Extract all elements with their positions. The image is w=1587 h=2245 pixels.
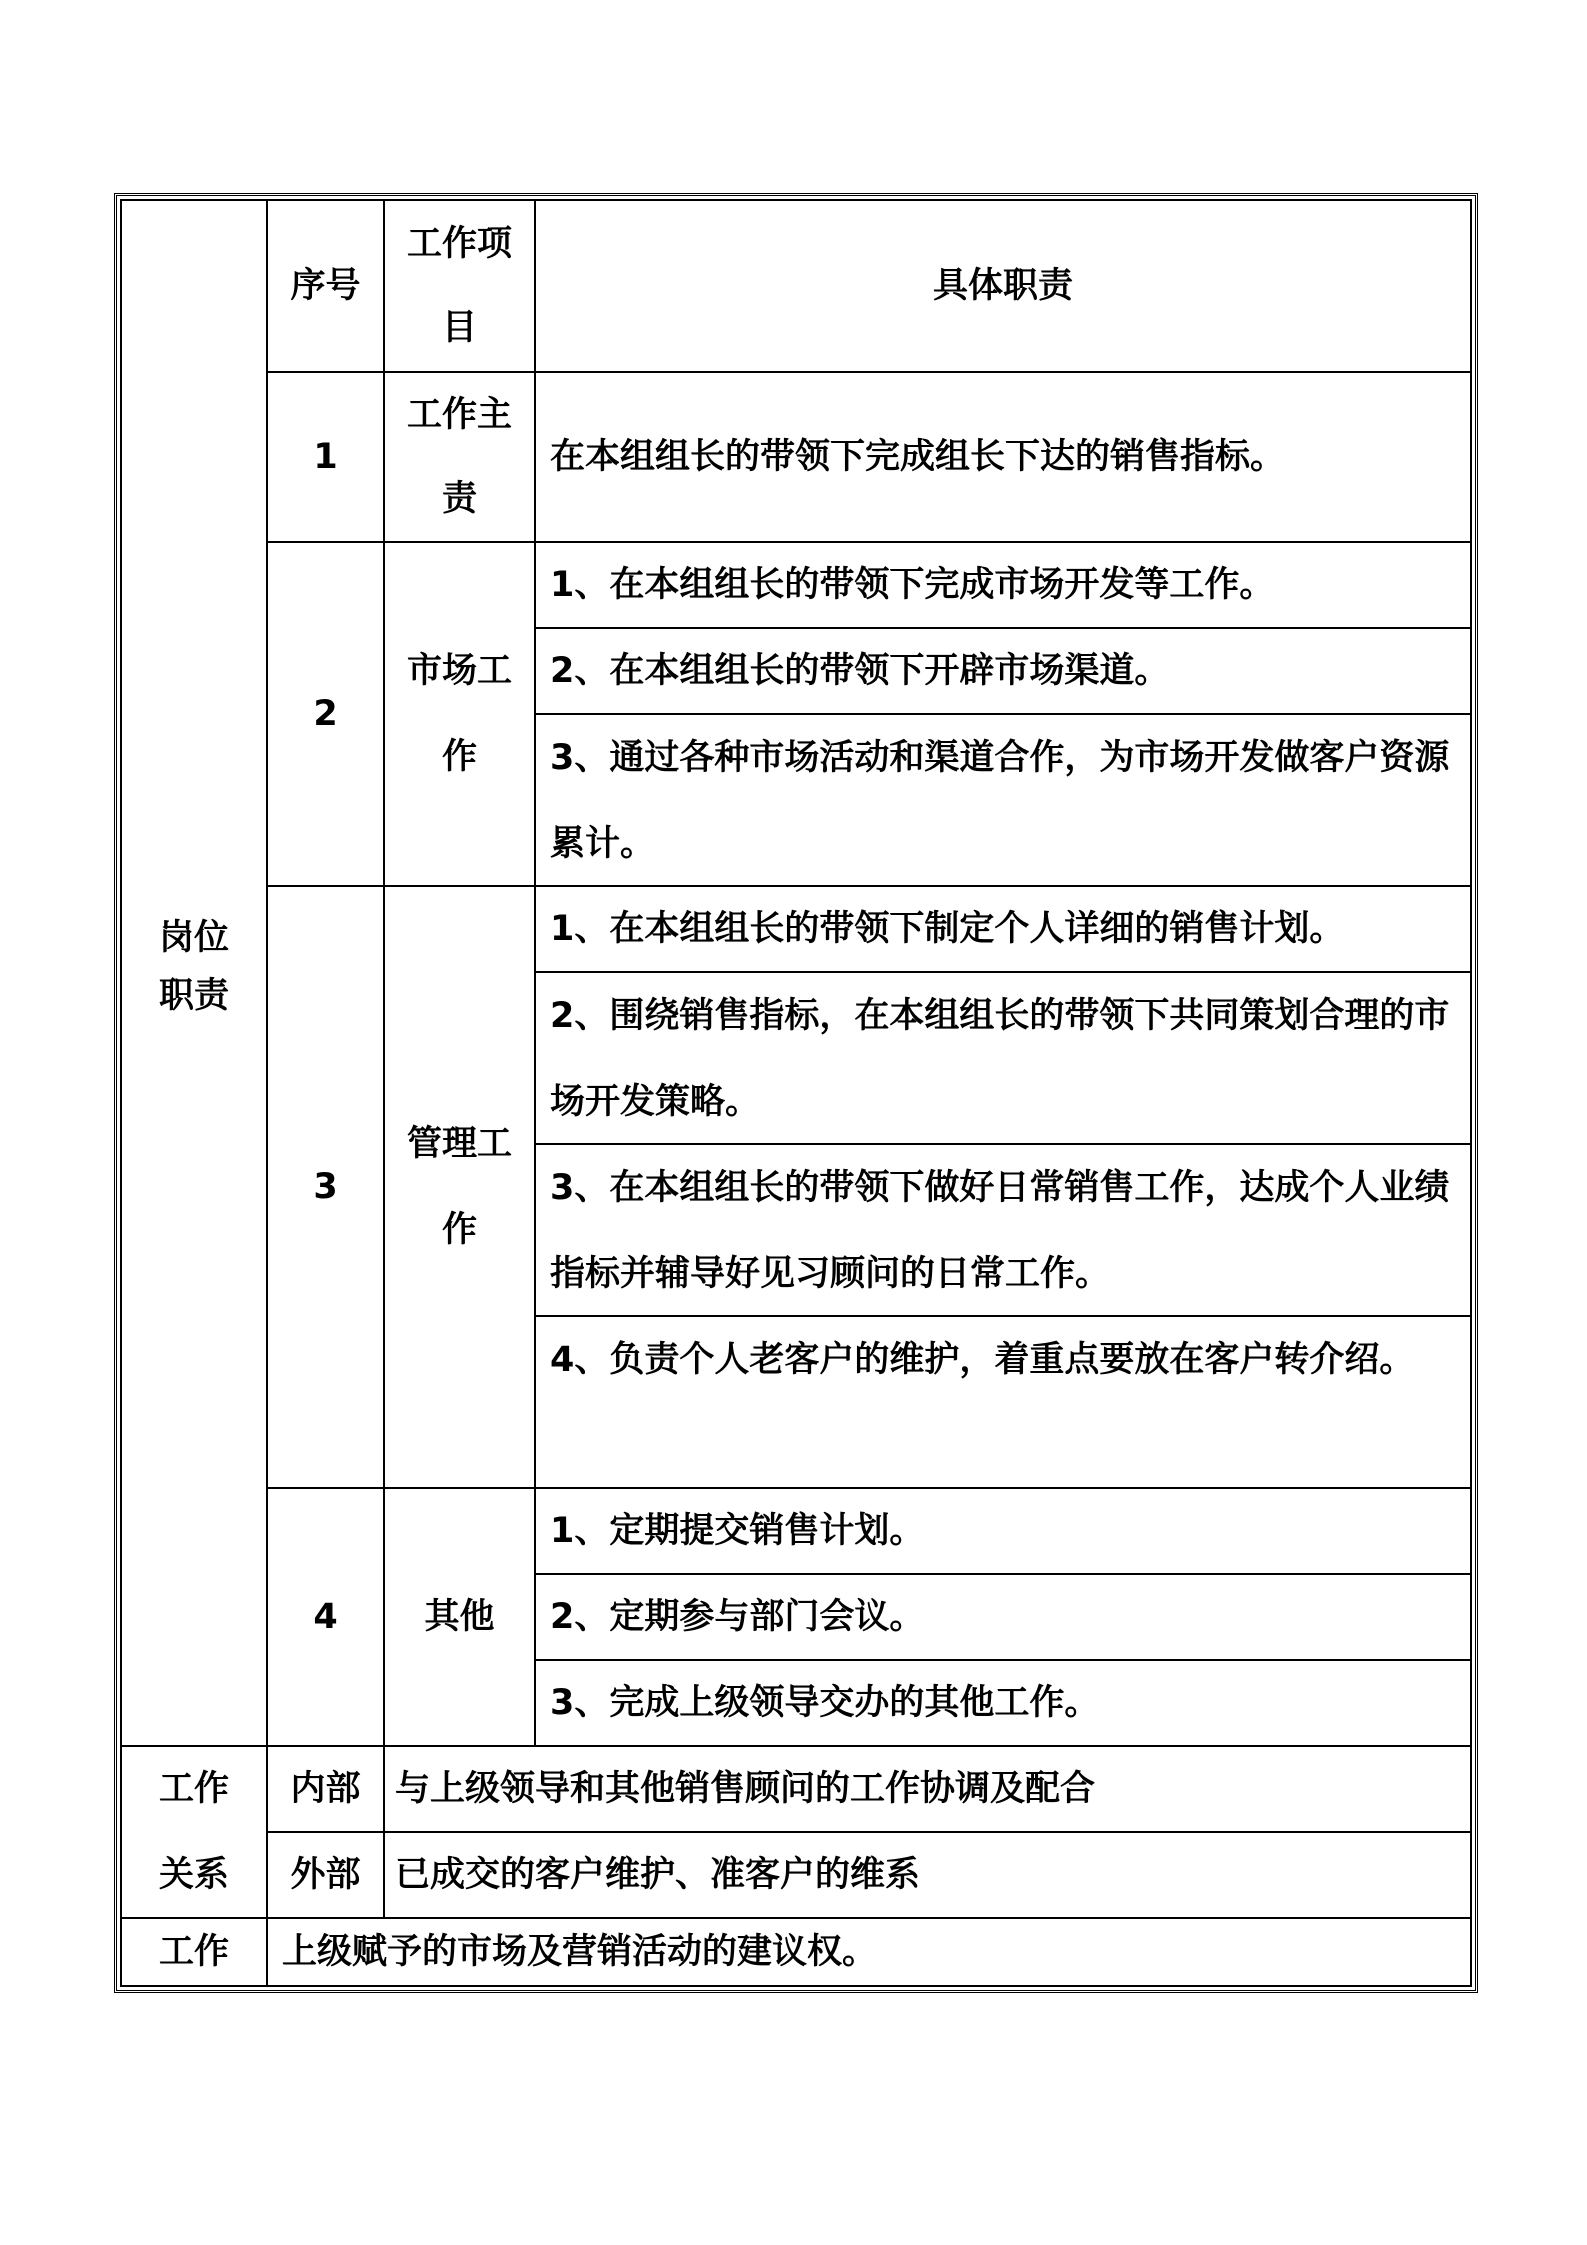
duty-text: 4、负责个人老客户的维护，着重点要放在客户转介绍。 [550, 1340, 1414, 1380]
duty-text: 3、通过各种市场活动和渠道合作，为市场开发做客户资源累计。 [550, 738, 1449, 864]
section-label-line: 岗位 [159, 909, 229, 967]
row-3-item: 管理工 作 [383, 885, 534, 1487]
relation-text-internal: 与上级领导和其他销售顾问的工作协调及配合 [383, 1745, 1470, 1831]
relation-type-internal: 内部 [266, 1745, 383, 1831]
relation-type-text: 内部 [290, 1746, 360, 1832]
duty-text: 3、完成上级领导交办的其他工作。 [550, 1660, 1099, 1746]
row-1-item: 工作主 责 [383, 371, 534, 541]
row-3-duty-4: 4、负责个人老客户的维护，着重点要放在客户转介绍。 [534, 1315, 1470, 1487]
row-no-text: 4 [313, 1574, 337, 1660]
section-label-relations: 工作 关系 [122, 1745, 266, 1917]
relation-text: 与上级领导和其他销售顾问的工作协调及配合 [395, 1746, 1095, 1832]
row-3-duty-3: 3、在本组组长的带领下做好日常销售工作，达成个人业绩指标并辅导好见习顾问的日常工… [534, 1143, 1470, 1315]
header-duties-text: 具体职责 [933, 243, 1073, 329]
duty-text: 2、围绕销售指标，在本组组长的带领下共同策划合理的市场开发策略。 [550, 996, 1449, 1122]
row-1-duty-1: 在本组组长的带领下完成组长下达的销售指标。 [534, 371, 1470, 541]
row-item-text: 作 [442, 1187, 477, 1273]
row-2-duty-1: 1、在本组组长的带领下完成市场开发等工作。 [534, 541, 1470, 627]
job-description-table: 岗位 职责 序号 工作项 目 具体职责 1 工作主 责 在本组组长的带领下完成组… [114, 193, 1478, 1993]
duty-text: 1、定期提交销售计划。 [550, 1488, 924, 1574]
duty-text: 2、定期参与部门会议。 [550, 1574, 924, 1660]
relation-text-external: 已成交的客户维护、准客户的维系 [383, 1831, 1470, 1917]
row-item-text: 作 [442, 714, 477, 800]
row-4-no: 4 [266, 1487, 383, 1745]
relation-type-text: 外部 [290, 1832, 360, 1918]
section-label-line: 关系 [159, 1832, 229, 1918]
header-item: 工作项 目 [383, 201, 534, 371]
row-3-duty-1: 1、在本组组长的带领下制定个人详细的销售计划。 [534, 885, 1470, 971]
duty-text: 1、在本组组长的带领下制定个人详细的销售计划。 [550, 886, 1344, 972]
section-label-duties: 岗位 职责 [122, 201, 266, 1732]
relation-text: 已成交的客户维护、准客户的维系 [395, 1832, 920, 1918]
duty-text: 1、在本组组长的带领下完成市场开发等工作。 [550, 542, 1274, 628]
row-item-text: 其他 [424, 1574, 494, 1660]
row-no-text: 3 [313, 1144, 337, 1230]
row-2-no: 2 [266, 541, 383, 885]
row-2-item: 市场工 作 [383, 541, 534, 885]
header-no: 序号 [266, 201, 383, 371]
row-3-duty-2: 2、围绕销售指标，在本组组长的带领下共同策划合理的市场开发策略。 [534, 971, 1470, 1143]
row-1-no: 1 [266, 371, 383, 541]
row-no-text: 2 [313, 671, 337, 757]
header-item-text: 工作项 [407, 202, 512, 286]
row-4-duty-1: 1、定期提交销售计划。 [534, 1487, 1470, 1573]
table-inner-frame: 岗位 职责 序号 工作项 目 具体职责 1 工作主 责 在本组组长的带领下完成组… [120, 199, 1472, 1987]
authority-text-cell: 上级赋予的市场及营销活动的建议权。 [266, 1917, 1470, 1985]
duty-text: 在本组组长的带领下完成组长下达的销售指标。 [550, 414, 1285, 500]
row-no-text: 1 [313, 414, 337, 500]
header-item-text: 目 [442, 286, 477, 370]
row-2-duty-3: 3、通过各种市场活动和渠道合作，为市场开发做客户资源累计。 [534, 713, 1470, 885]
duty-text: 3、在本组组长的带领下做好日常销售工作，达成个人业绩指标并辅导好见习顾问的日常工… [550, 1168, 1449, 1294]
row-item-text: 工作主 [407, 373, 512, 457]
header-duties: 具体职责 [534, 201, 1470, 371]
row-2-duty-2: 2、在本组组长的带领下开辟市场渠道。 [534, 627, 1470, 713]
section-label-line: 工作 [159, 1909, 229, 1995]
section-label-authority: 工作 [122, 1917, 266, 1985]
section-label-line: 工作 [159, 1746, 229, 1832]
row-item-text: 管理工 [407, 1101, 512, 1187]
authority-text: 上级赋予的市场及营销活动的建议权。 [282, 1909, 877, 1995]
row-item-text: 市场工 [407, 628, 512, 714]
header-no-text: 序号 [290, 243, 360, 329]
row-item-text: 责 [442, 457, 477, 541]
duty-text: 2、在本组组长的带领下开辟市场渠道。 [550, 628, 1169, 714]
row-4-item: 其他 [383, 1487, 534, 1745]
row-3-no: 3 [266, 885, 383, 1487]
row-4-duty-2: 2、定期参与部门会议。 [534, 1573, 1470, 1659]
relation-type-external: 外部 [266, 1831, 383, 1917]
section-label-line: 职责 [159, 967, 229, 1025]
row-4-duty-3: 3、完成上级领导交办的其他工作。 [534, 1659, 1470, 1745]
